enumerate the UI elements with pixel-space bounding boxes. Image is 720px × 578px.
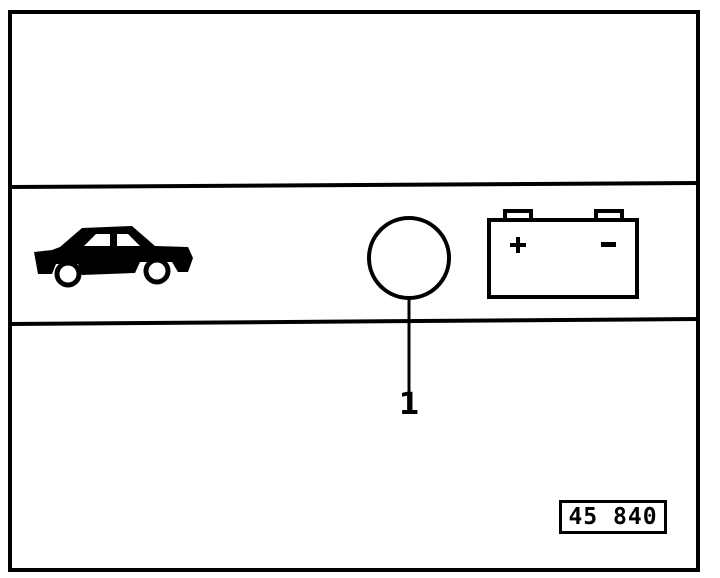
figure-reference-label: 45 840 <box>559 500 667 534</box>
callout-number: 1 <box>394 390 424 420</box>
diagram-canvas <box>0 0 720 578</box>
component-circle <box>369 218 449 298</box>
car-icon <box>34 226 193 285</box>
divider-top <box>10 183 698 187</box>
battery-icon <box>489 211 637 297</box>
divider-bottom <box>10 319 698 324</box>
battery-negative-icon <box>601 242 616 247</box>
